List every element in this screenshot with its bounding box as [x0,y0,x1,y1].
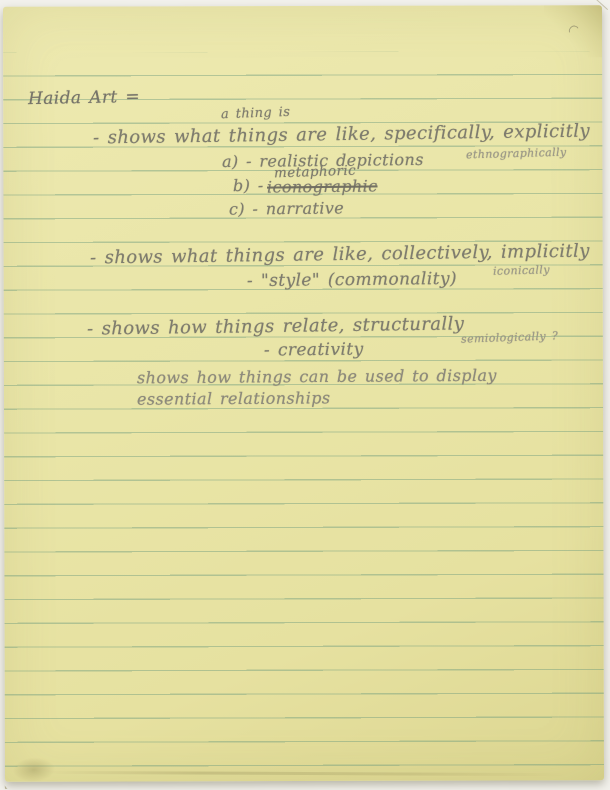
bullet-line-2-sub: - "style" (commonality) [247,269,457,291]
closing-note-line-1: shows how things can be used to display [137,366,497,388]
bullet-line-3: - shows how things relate, structurally [87,313,465,339]
bullet-line-3-sub: - creativity [264,339,364,360]
inserted-phrase: a thing is [221,105,291,122]
scanned-page: Haida Art = a thing is - shows what thin… [0,0,610,790]
annotation-line-2: iconically [493,263,550,277]
annotation-line-3: semiologically ? [461,329,559,345]
list-item-c: c) - narrative [229,198,344,218]
annotation-line-1: ethnographically [466,146,567,162]
closing-note-line-2: essential relationships [137,388,331,408]
note-title: Haida Art = [28,87,141,109]
bullet-line-1: - shows what things are like, specifical… [93,121,590,149]
handwriting-layer: Haida Art = a thing is - shows what thin… [0,0,610,790]
list-item-b-struck-word: iconographic [267,176,378,196]
list-item-b-label: b) - [233,176,264,195]
